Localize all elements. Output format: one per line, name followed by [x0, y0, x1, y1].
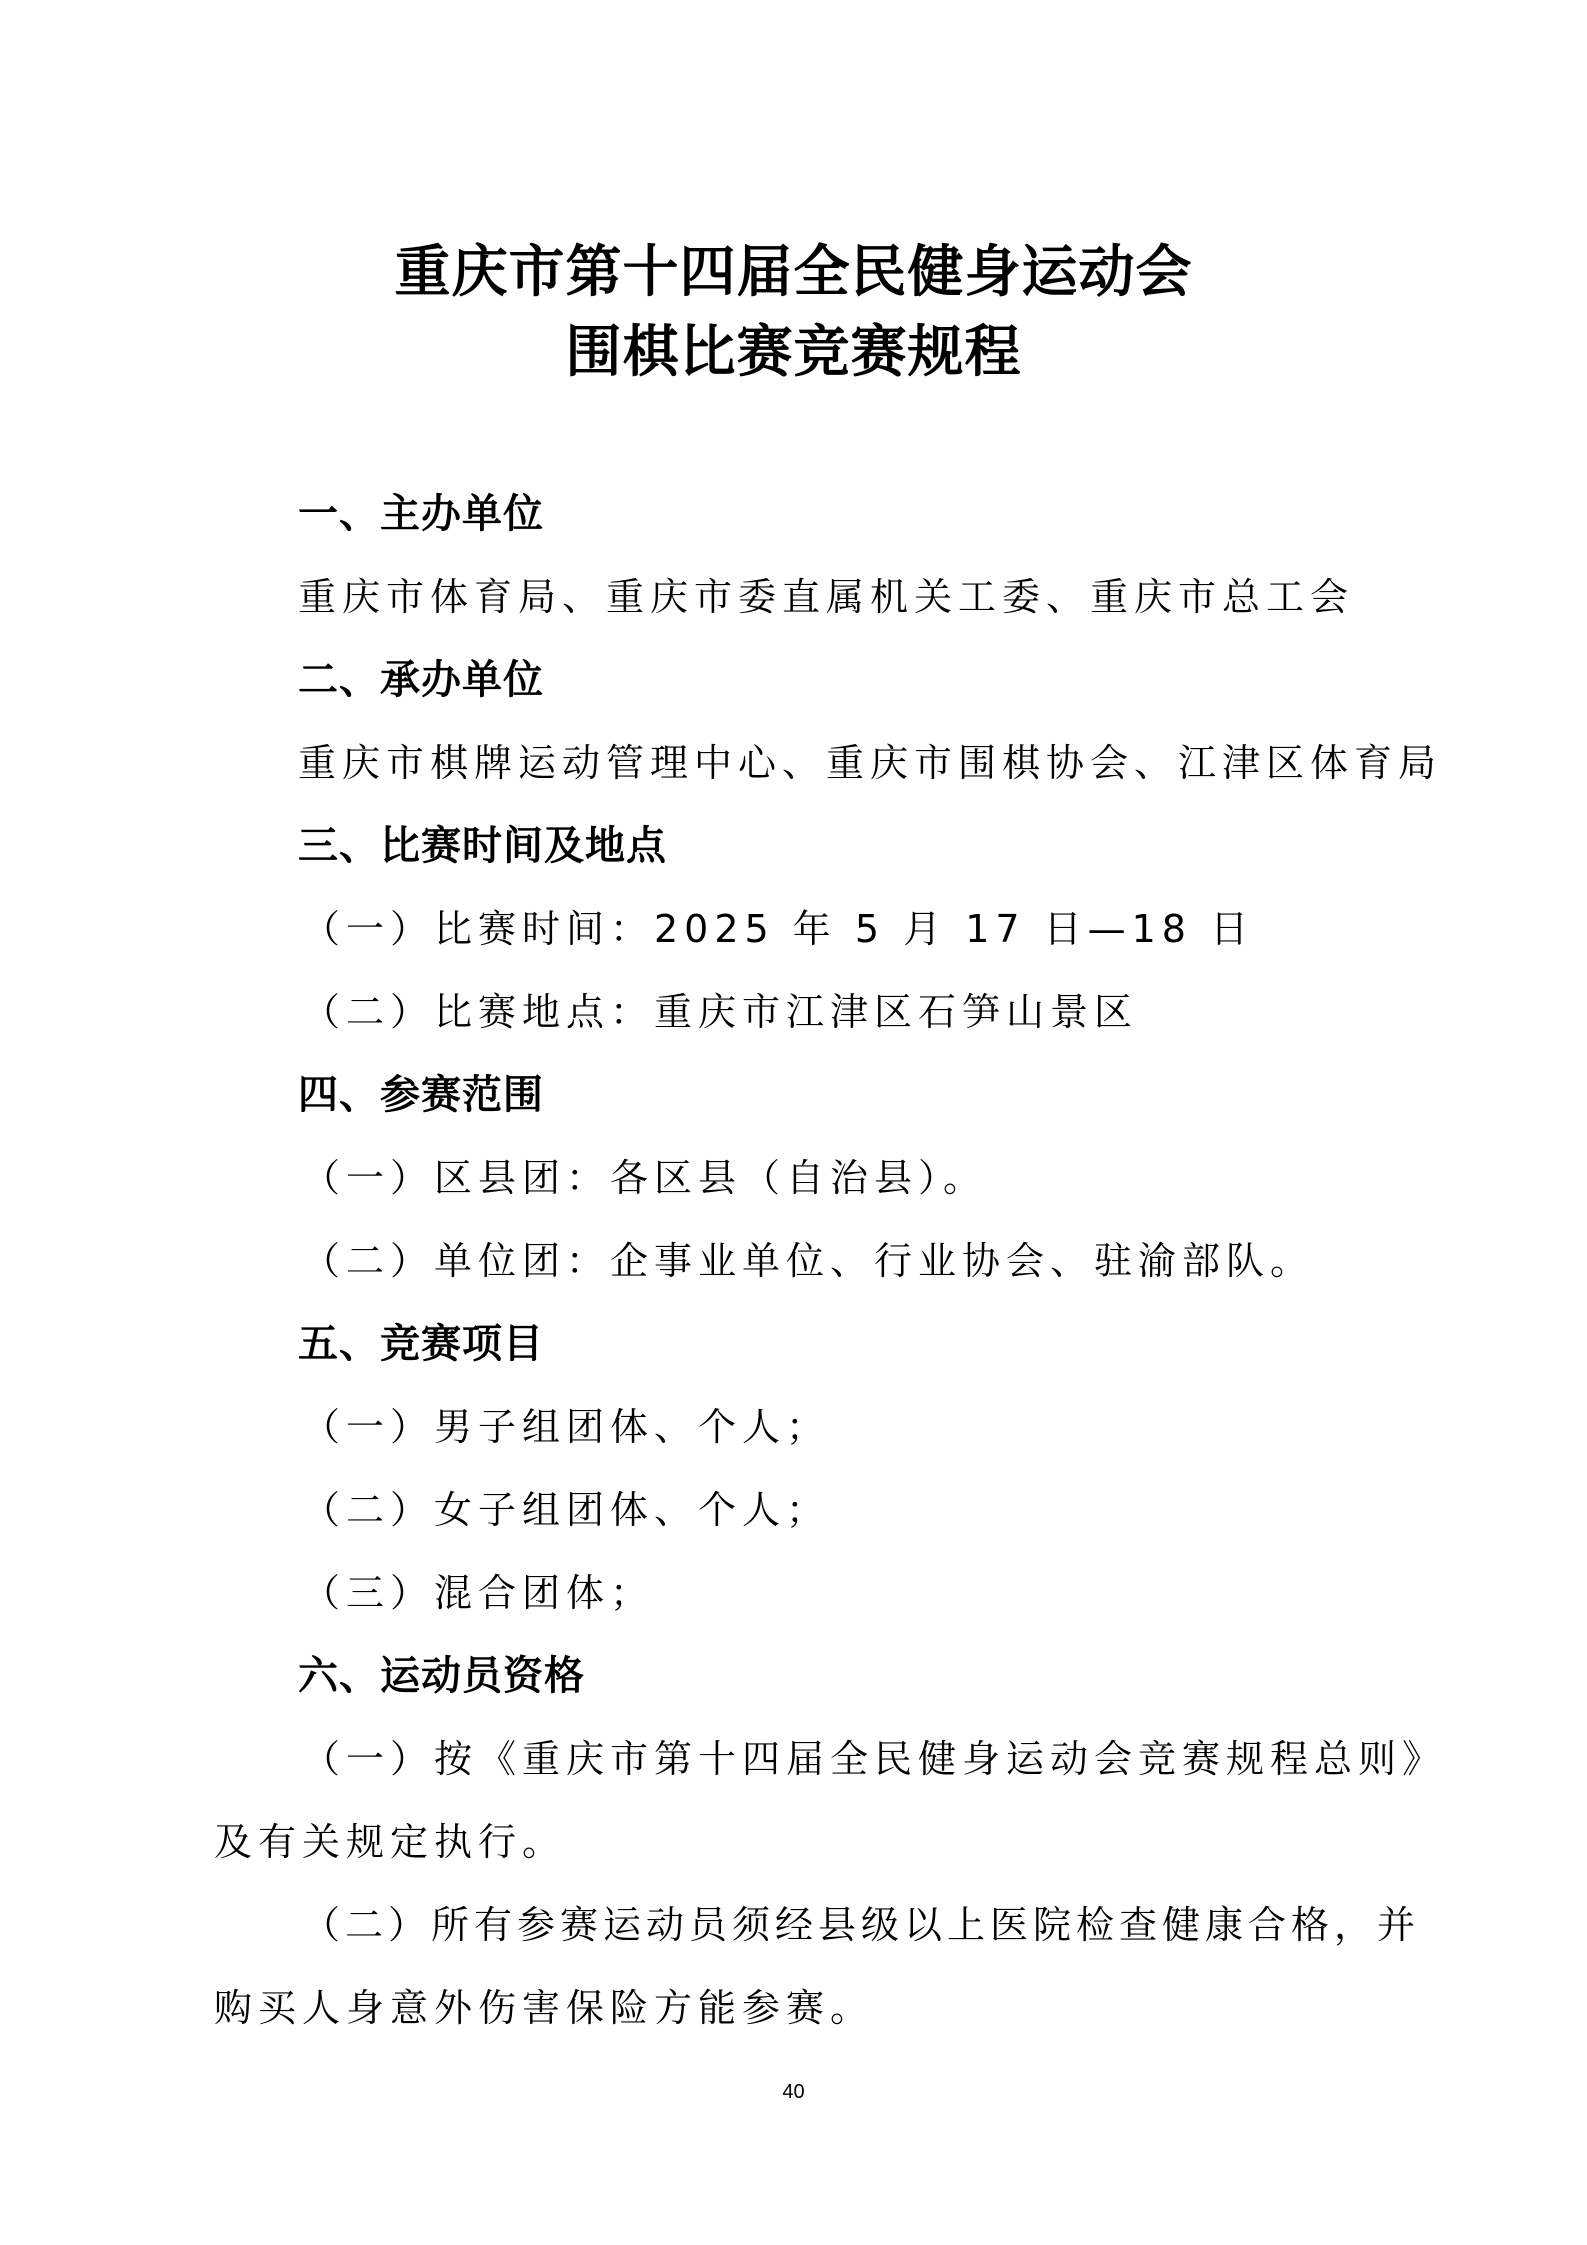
- document-title-line-2: 围棋比赛竞赛规程: [0, 320, 1587, 384]
- section-heading-organizer: 一、主办单位: [298, 490, 544, 538]
- section-heading-host: 二、承办单位: [298, 656, 544, 704]
- document-title-line-1: 重庆市第十四届全民健身运动会: [0, 240, 1587, 304]
- event-mixed: （三）混合团体；: [302, 1569, 654, 1617]
- section-heading-eligibility: 六、运动员资格: [298, 1652, 585, 1700]
- organizer-text: 重庆市体育局、重庆市委直属机关工委、重庆市总工会: [298, 573, 1354, 621]
- competition-venue: （二）比赛地点：重庆市江津区石笋山景区: [302, 988, 1138, 1036]
- event-women: （二）女子组团体、个人；: [302, 1486, 830, 1534]
- eligibility-item-2-line-1: （二）所有参赛运动员须经县级以上医院检查健康合格，并: [302, 1901, 1420, 1949]
- scope-district-team: （一）区县团：各区县（自治县）。: [302, 1154, 987, 1202]
- section-heading-scope: 四、参赛范围: [298, 1071, 544, 1119]
- scope-unit-team: （二）单位团：企事业单位、行业协会、驻渝部队。: [302, 1237, 1314, 1285]
- eligibility-item-2-line-2: 购买人身意外伤害保险方能参赛。: [214, 1984, 874, 2032]
- host-text: 重庆市棋牌运动管理中心、重庆市围棋协会、江津区体育局: [298, 739, 1442, 787]
- event-men: （一）男子组团体、个人；: [302, 1403, 830, 1451]
- section-heading-events: 五、竞赛项目: [298, 1320, 544, 1368]
- section-heading-time-venue: 三、比赛时间及地点: [298, 822, 667, 870]
- eligibility-item-1-line-2: 及有关规定执行。: [214, 1818, 566, 1866]
- page-number: 40: [0, 2080, 1587, 2104]
- eligibility-item-1-line-1: （一）按《重庆市第十四届全民健身运动会竞赛规程总则》: [302, 1735, 1446, 1783]
- document-page: 重庆市第十四届全民健身运动会 围棋比赛竞赛规程 一、主办单位 重庆市体育局、重庆…: [0, 0, 1587, 2245]
- competition-time: （一）比赛时间：2025 年 5 月 17 日—18 日: [302, 905, 1254, 953]
